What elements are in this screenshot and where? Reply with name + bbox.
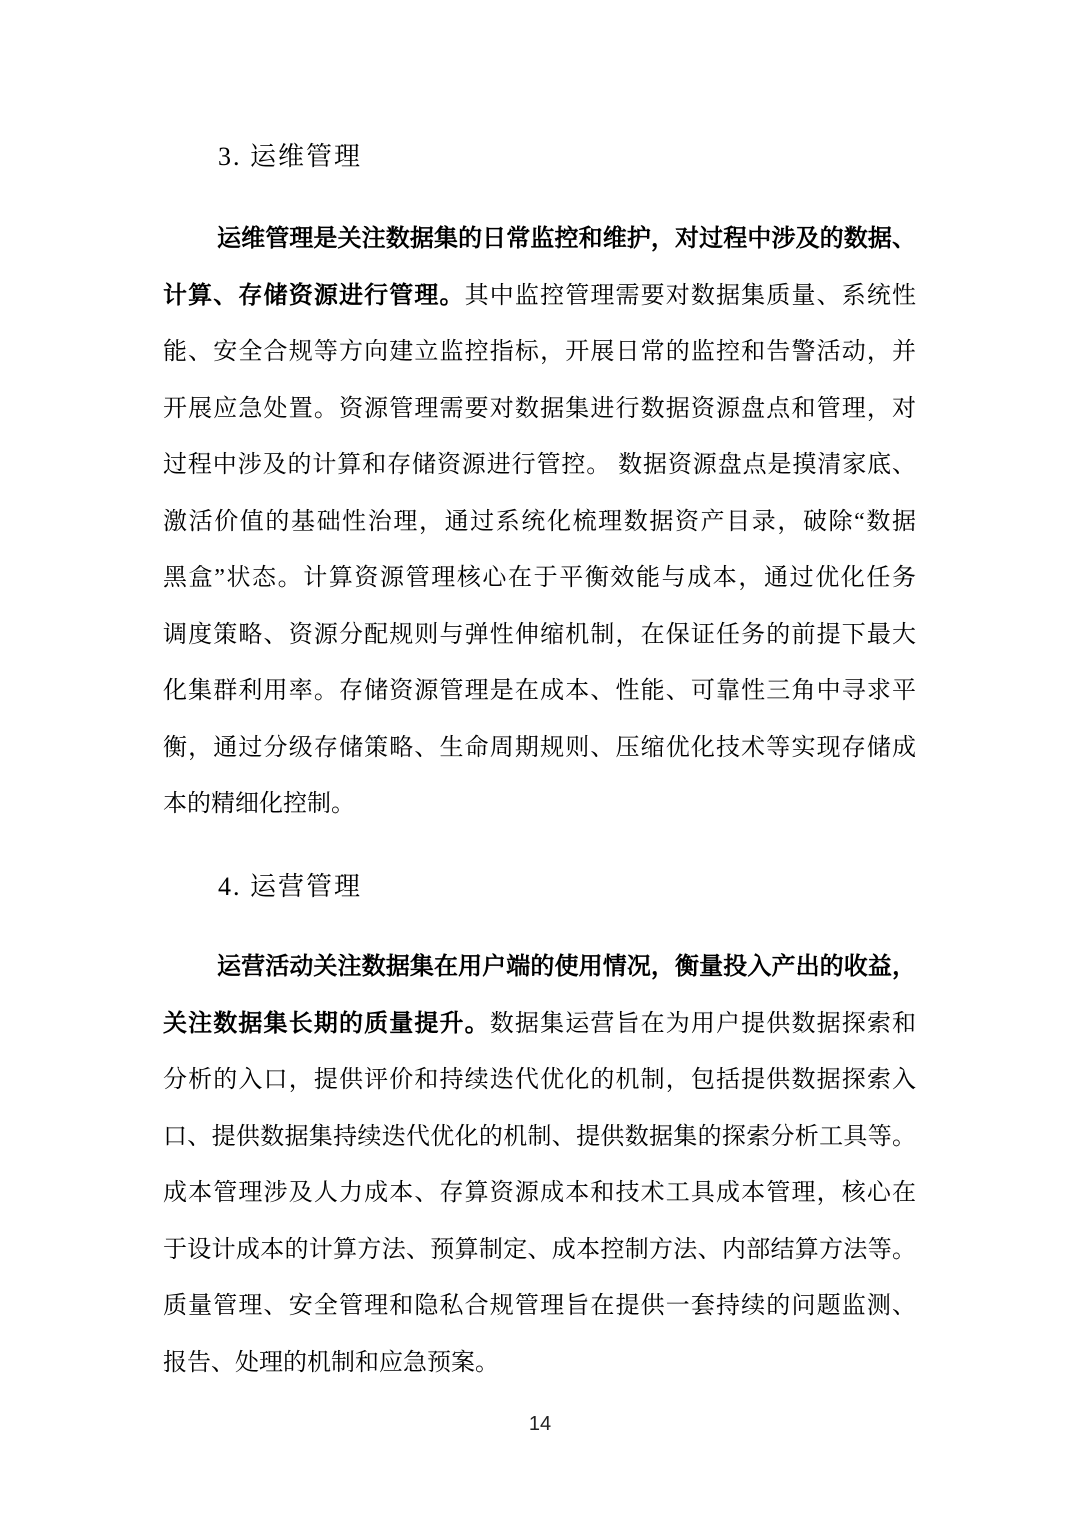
text-line: 计算、存储资源进行管理。其中监控管理需要对数据集质量、系统性	[163, 268, 916, 325]
paragraph-ops-maintenance: 运维管理是关注数据集的日常监控和维护，对过程中涉及的数据、 计算、存储资源进行管…	[163, 211, 916, 833]
text-line: 于设计成本的计算方法、预算制定、成本控制方法、内部结算方法等。	[163, 1222, 916, 1279]
text-segment: 能、安全合规等方向建立监控指标，开展日常的监控和告警活动，并	[163, 339, 916, 365]
text-segment: 质量管理、安全管理和隐私合规管理旨在提供一套持续的问题监测、	[163, 1293, 916, 1319]
text-line: 质量管理、安全管理和隐私合规管理旨在提供一套持续的问题监测、	[163, 1278, 916, 1335]
text-line: 运维管理是关注数据集的日常监控和维护，对过程中涉及的数据、	[163, 211, 916, 268]
text-segment: 本的精细化控制。	[163, 791, 355, 817]
paragraph-operations: 运营活动关注数据集在用户端的使用情况，衡量投入产出的收益， 关注数据集长期的质量…	[163, 939, 916, 1391]
section-heading-ops-maintenance: 3. 运维管理	[163, 141, 916, 173]
text-segment: 数据集运营旨在为用户提供数据探索和	[490, 1011, 916, 1037]
text-line: 报告、处理的机制和应急预案。	[163, 1335, 916, 1392]
text-segment: 成本管理涉及人力成本、存算资源成本和技术工具成本管理，核心在	[163, 1180, 916, 1206]
text-segment: 报告、处理的机制和应急预案。	[163, 1350, 499, 1376]
text-line: 调度策略、资源分配规则与弹性伸缩机制，在保证任务的前提下最大	[163, 607, 916, 664]
text-line: 关注数据集长期的质量提升。数据集运营旨在为用户提供数据探索和	[163, 996, 916, 1053]
text-line: 过程中涉及的计算和存储资源进行管控。 数据资源盘点是摸清家底、	[163, 437, 916, 494]
text-line: 开展应急处置。资源管理需要对数据集进行数据资源盘点和管理，对	[163, 381, 916, 438]
text-segment: 激活价值的基础性治理，通过系统化梳理数据资产目录，破除“数据	[163, 509, 916, 535]
text-segment: 于设计成本的计算方法、预算制定、成本控制方法、内部结算方法等。	[163, 1237, 916, 1263]
text-segment: 其中监控管理需要对数据集质量、系统性	[465, 283, 916, 309]
text-segment: 分析的入口，提供评价和持续迭代优化的机制，包括提供数据探索入	[163, 1067, 916, 1093]
text-segment-bold: 关注数据集长期的质量提升。	[163, 1010, 490, 1037]
page-number: 14	[0, 1412, 1080, 1436]
text-segment: 黑盒”状态。计算资源管理核心在于平衡效能与成本，通过优化任务	[163, 565, 916, 591]
text-segment: 衡，通过分级存储策略、生命周期规则、压缩优化技术等实现存储成	[163, 735, 916, 761]
text-line: 化集群利用率。存储资源管理是在成本、性能、可靠性三角中寻求平	[163, 663, 916, 720]
text-segment: 过程中涉及的计算和存储资源进行管控。 数据资源盘点是摸清家底、	[163, 452, 916, 478]
text-segment-bold: 运维管理是关注数据集的日常监控和维护，对过程中涉及的数据、	[217, 225, 916, 252]
document-page: 3. 运维管理 运维管理是关注数据集的日常监控和维护，对过程中涉及的数据、 计算…	[0, 0, 1080, 1526]
text-line: 衡，通过分级存储策略、生命周期规则、压缩优化技术等实现存储成	[163, 720, 916, 777]
text-line: 激活价值的基础性治理，通过系统化梳理数据资产目录，破除“数据	[163, 494, 916, 551]
text-segment: 调度策略、资源分配规则与弹性伸缩机制，在保证任务的前提下最大	[163, 622, 916, 648]
text-segment: 开展应急处置。资源管理需要对数据集进行数据资源盘点和管理，对	[163, 396, 916, 422]
text-line: 口、提供数据集持续迭代优化的机制、提供数据集的探索分析工具等。	[163, 1109, 916, 1166]
section-heading-operations: 4. 运营管理	[163, 871, 916, 903]
text-segment: 化集群利用率。存储资源管理是在成本、性能、可靠性三角中寻求平	[163, 678, 916, 704]
text-line: 分析的入口，提供评价和持续迭代优化的机制，包括提供数据探索入	[163, 1052, 916, 1109]
text-line: 黑盒”状态。计算资源管理核心在于平衡效能与成本，通过优化任务	[163, 550, 916, 607]
text-segment-bold: 运营活动关注数据集在用户端的使用情况，衡量投入产出的收益，	[217, 953, 916, 980]
text-segment: 口、提供数据集持续迭代优化的机制、提供数据集的探索分析工具等。	[163, 1124, 916, 1150]
text-line: 本的精细化控制。	[163, 776, 916, 833]
text-line: 成本管理涉及人力成本、存算资源成本和技术工具成本管理，核心在	[163, 1165, 916, 1222]
text-segment-bold: 计算、存储资源进行管理。	[163, 282, 465, 309]
text-line: 运营活动关注数据集在用户端的使用情况，衡量投入产出的收益，	[163, 939, 916, 996]
text-line: 能、安全合规等方向建立监控指标，开展日常的监控和告警活动，并	[163, 324, 916, 381]
